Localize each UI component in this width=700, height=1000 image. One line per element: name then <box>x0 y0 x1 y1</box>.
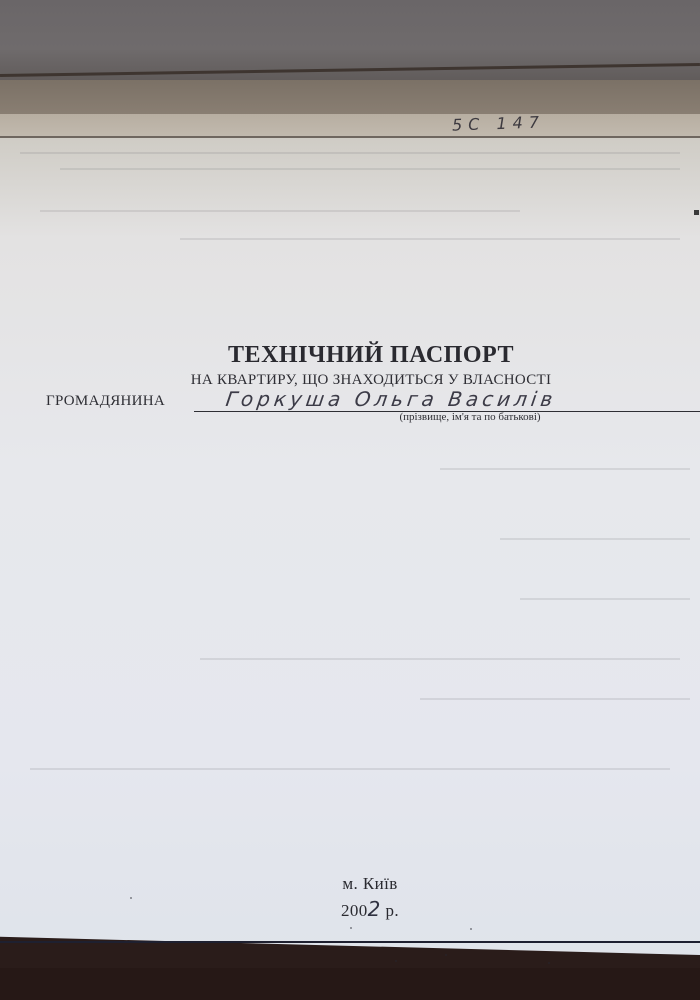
bleed-through-text <box>40 210 520 212</box>
bleed-through-text <box>200 658 680 660</box>
bleed-through-text <box>520 598 690 600</box>
archive-code: 5С 147 <box>452 112 546 134</box>
paper-speck <box>548 962 550 964</box>
year-prefix: 200 <box>341 901 368 920</box>
citizen-label: ГРОМАДЯНИНА <box>46 393 165 410</box>
owner-name-hint: (прізвище, ім'я та по батькові) <box>0 411 700 423</box>
paper-speck <box>445 954 447 956</box>
edge-mark <box>694 210 699 215</box>
bleed-through-text <box>60 168 680 170</box>
document-title: ТЕХНІЧНИЙ ПАСПОРТ <box>0 342 700 369</box>
paper-speck <box>130 897 132 899</box>
strip-divider <box>0 136 700 138</box>
bleed-through-text <box>440 468 690 470</box>
owner-name-field: Горкуша Ольга Василів <box>194 389 700 412</box>
bleed-through-text <box>180 238 680 240</box>
bleed-through-text <box>20 152 680 154</box>
paper-speck <box>470 928 472 930</box>
year-handwritten-digit: 2 <box>368 897 381 921</box>
fold-strip <box>0 80 700 116</box>
paper-speck <box>350 927 352 929</box>
bleed-through-text <box>30 768 670 770</box>
city: м. Київ <box>0 874 700 894</box>
owner-name-handwritten: Горкуша Ольга Василів <box>224 387 558 411</box>
paper-speck <box>395 960 397 962</box>
document-page <box>0 138 700 970</box>
bleed-through-text <box>500 538 690 540</box>
year-line: 2002 р. <box>0 897 700 921</box>
bleed-through-text <box>420 698 690 700</box>
page-backdrop-bottom <box>0 968 700 1000</box>
year-suffix: р. <box>385 901 399 920</box>
bottom-rule <box>0 941 700 943</box>
